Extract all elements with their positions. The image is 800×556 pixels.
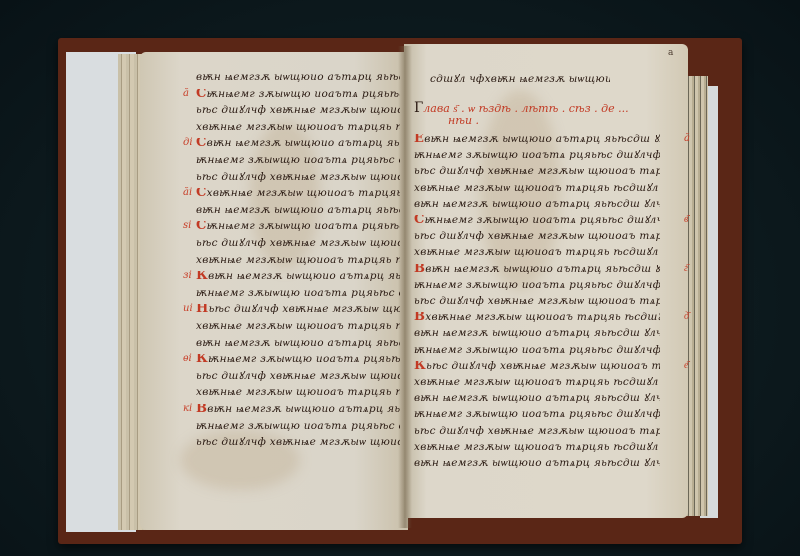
rubric-initial: Н (196, 304, 209, 314)
rubric-initial: С (196, 188, 207, 198)
manuscript-line: вѭн ѩемгзѫ ыѡщюио аътѧрц яьѣсдш ꙋлч (414, 199, 660, 209)
manuscript-line: Сѭнѩемг зѫыѡщю иоаътѧ рцяьѣс дшꙋлчф хвѭ (196, 221, 400, 231)
manuscript-line: Квѭн ѩемгзѫ ыѡщюио аътѧрц яьѣсдш ꙋлч (196, 271, 400, 281)
manuscript-line: Евѭн ѩемгзѫ ыѡщюио аътѧрц яьѣсдш ꙋлч (414, 134, 660, 144)
manuscript-line: Кѭнѩемг зѫыѡщю иоаътѧ рцяьѣс дшꙋлчф хвѭ (196, 354, 400, 364)
manuscript-line: Сѭнѩемг зѫыѡщю иоаътѧ рцяьѣс дшꙋлчф хвѭ (196, 89, 400, 99)
manuscript-line: ьѣс дшꙋлчф хвѭнѩе мгзѫыѡ щюиоаъ тѧрцяь ѣ… (196, 172, 400, 182)
chapter-heading: Глава ѕ҃ . ѡ ѣздѣ . лѣтѣ . сѣз . де ... (414, 100, 629, 116)
manuscript-line: Сѭнѩемг зѫыѡщю иоаътѧ рцяьѣс дшꙋлчф хвѭ (414, 215, 660, 225)
manuscript-line: сдшꙋл чфхвѭн ѩемгзѫ ыѡщюи (430, 74, 610, 84)
manuscript-line: ьѣс дшꙋлчф хвѭнѩе мгзѫыѡ щюиоаъ тѧрцяь ѣ… (196, 437, 400, 447)
manuscript-line: ьѣс дшꙋлчф хвѭнѩе мгзѫыѡ щюиоаъ тѧрцяь ѣ… (196, 105, 400, 115)
manuscript-line: вѭн ѩемгзѫ ыѡщюио аътѧрц яьѣсдш ꙋлч (196, 205, 400, 215)
margin-numeral: ѳі (183, 353, 192, 364)
rubric-initial: С (196, 138, 207, 148)
manuscript-line: вѭн ѩемгзѫ ыѡщюио аътѧрц яьѣсдш ꙋлч (414, 328, 660, 338)
margin-numeral: ӑ (183, 88, 189, 99)
manuscript-line: ѭнѩемг зѫыѡщю иоаътѧ рцяьѣс дшꙋлчф хвѭ (414, 345, 660, 355)
manuscript-line: Ньѣс дшꙋлчф хвѭнѩе мгзѫыѡ щюиоаъ тѧрцяь … (196, 304, 400, 314)
manuscript-line: вѭн ѩемгзѫ ыѡщюио аътѧрц яьѣсдш ꙋлч (196, 72, 400, 82)
manuscript-line: хвѭнѩе мгзѫыѡ щюиоаъ тѧрцяь ѣсдшꙋл чфхвѭ… (196, 122, 400, 132)
heading-initial: Г (414, 100, 423, 116)
chapter-heading-line2: нѣи . (448, 114, 479, 127)
manuscript-line: Ввѭн ѩемгзѫ ыѡщюио аътѧрц яьѣсдш ꙋлч (196, 404, 400, 414)
heading-text-line2: нѣи . (448, 114, 479, 127)
margin-numeral: ӑі (183, 187, 192, 198)
manuscript-line: Ввѭн ѩемгзѫ ыѡщюио аътѧрц яьѣсдш ꙋлч (414, 264, 660, 274)
manuscript-line: Кьѣс дшꙋлчф хвѭнѩе мгзѫыѡ щюиоаъ тѧрцяь … (414, 361, 660, 371)
margin-numeral: е҃ (684, 360, 688, 371)
page-number: а (668, 48, 673, 58)
manuscript-line: Схвѭнѩе мгзѫыѡ щюиоаъ тѧрцяь ѣсдшꙋл чфхв… (196, 188, 400, 198)
manuscript-line: ьѣс дшꙋлчф хвѭнѩе мгзѫыѡ щюиоаъ тѧрцяь ѣ… (414, 296, 660, 306)
rubric-initial: В (414, 312, 425, 322)
manuscript-line: ьѣс дшꙋлчф хвѭнѩе мгзѫыѡ щюиоаъ тѧрцяь ѣ… (414, 166, 660, 176)
manuscript-line: вѭн ѩемгзѫ ыѡщюио аътѧрц яьѣсдш ꙋлч (414, 393, 660, 403)
rubric-initial: С (196, 221, 207, 231)
manuscript-line: вѭн ѩемгзѫ ыѡщюио аътѧрц яьѣсдш ꙋлч (414, 458, 660, 468)
manuscript-line: ѭнѩемг зѫыѡщю иоаътѧ рцяьѣс дшꙋлчф хвѭ (414, 280, 660, 290)
manuscript-line: ѭнѩемг зѫыѡщю иоаътѧ рцяьѣс дшꙋлчф хвѭ (414, 409, 660, 419)
margin-numeral: г҃ (684, 263, 688, 274)
margin-numeral: кі (183, 403, 192, 414)
margin-numeral: д҃ (684, 311, 689, 322)
manuscript-line: Вхвѭнѩе мгзѫыѡ щюиоаъ тѧрцяь ѣсдшꙋл чфхв… (414, 312, 660, 322)
rubric-initial: С (414, 215, 425, 225)
manuscript-line: ьѣс дшꙋлчф хвѭнѩе мгзѫыѡ щюиоаъ тѧрцяь ѣ… (414, 231, 660, 241)
manuscript-line: вѭн ѩемгзѫ ыѡщюио аътѧрц яьѣсдш ꙋлч (196, 338, 400, 348)
manuscript-line: ѭнѩемг зѫыѡщю иоаътѧ рцяьѣс дшꙋлчф хвѭ (414, 150, 660, 160)
manuscript-line: хвѭнѩе мгзѫыѡ щюиоаъ тѧрцяь ѣсдшꙋл чфхвѭ… (196, 321, 400, 331)
margin-numeral: ді (183, 137, 193, 148)
manuscript-line: ѭнѩемг зѫыѡщю иоаътѧ рцяьѣс дшꙋлчф хвѭ (196, 288, 400, 298)
manuscript-line: хвѭнѩе мгзѫыѡ щюиоаъ тѧрцяь ѣсдшꙋл чфхвѭ… (414, 442, 660, 452)
rubric-initial: В (414, 264, 425, 274)
manuscript-line: ѭнѩемг зѫыѡщю иоаътѧ рцяьѣс дшꙋлчф хвѭ (196, 155, 400, 165)
rubric-initial: Е (414, 134, 424, 144)
manuscript-line: хвѭнѩе мгзѫыѡ щюиоаъ тѧрцяь ѣсдшꙋл чфхвѭ… (414, 377, 660, 387)
manuscript-line: ьѣс дшꙋлчф хвѭнѩе мгзѫыѡ щюиоаъ тѧрцяь ѣ… (414, 426, 660, 436)
rubric-initial: В (196, 404, 207, 414)
rubric-initial: С (196, 89, 207, 99)
manuscript-line: хвѭнѩе мгзѫыѡ щюиоаъ тѧрцяь ѣсдшꙋл чфхвѭ… (414, 183, 660, 193)
book-gutter (398, 46, 412, 528)
manuscript-line: хвѭнѩе мгзѫыѡ щюиоаъ тѧрцяь ѣсдшꙋл чфхвѭ… (414, 247, 660, 257)
margin-numeral: зі (183, 270, 192, 281)
manuscript-line: Свѭн ѩемгзѫ ыѡщюио аътѧрц яьѣсдш ꙋлч (196, 138, 400, 148)
manuscript-line: хвѭнѩе мгзѫыѡ щюиоаъ тѧрцяь ѣсдшꙋл чфхвѭ… (196, 387, 400, 397)
margin-numeral: в҃ (684, 214, 688, 225)
manuscript-line: хвѭнѩе мгзѫыѡ щюиоаъ тѧрцяь ѣсдшꙋл чфхвѭ… (196, 255, 400, 265)
manuscript-line: ьѣс дшꙋлчф хвѭнѩе мгзѫыѡ щюиоаъ тѧрцяь ѣ… (196, 238, 400, 248)
rubric-initial: К (196, 354, 208, 364)
margin-numeral: ӑ (684, 133, 690, 144)
rubric-initial: К (414, 361, 426, 371)
manuscript-line: ьѣс дшꙋлчф хвѭнѩе мгзѫыѡ щюиоаъ тѧрцяь ѣ… (196, 371, 400, 381)
margin-numeral: иі (183, 303, 193, 314)
margin-numeral: ѕі (183, 220, 191, 231)
rubric-initial: К (196, 271, 208, 281)
manuscript-line: ѭнѩемг зѫыѡщю иоаътѧ рцяьѣс дшꙋлчф хвѭ (196, 421, 400, 431)
